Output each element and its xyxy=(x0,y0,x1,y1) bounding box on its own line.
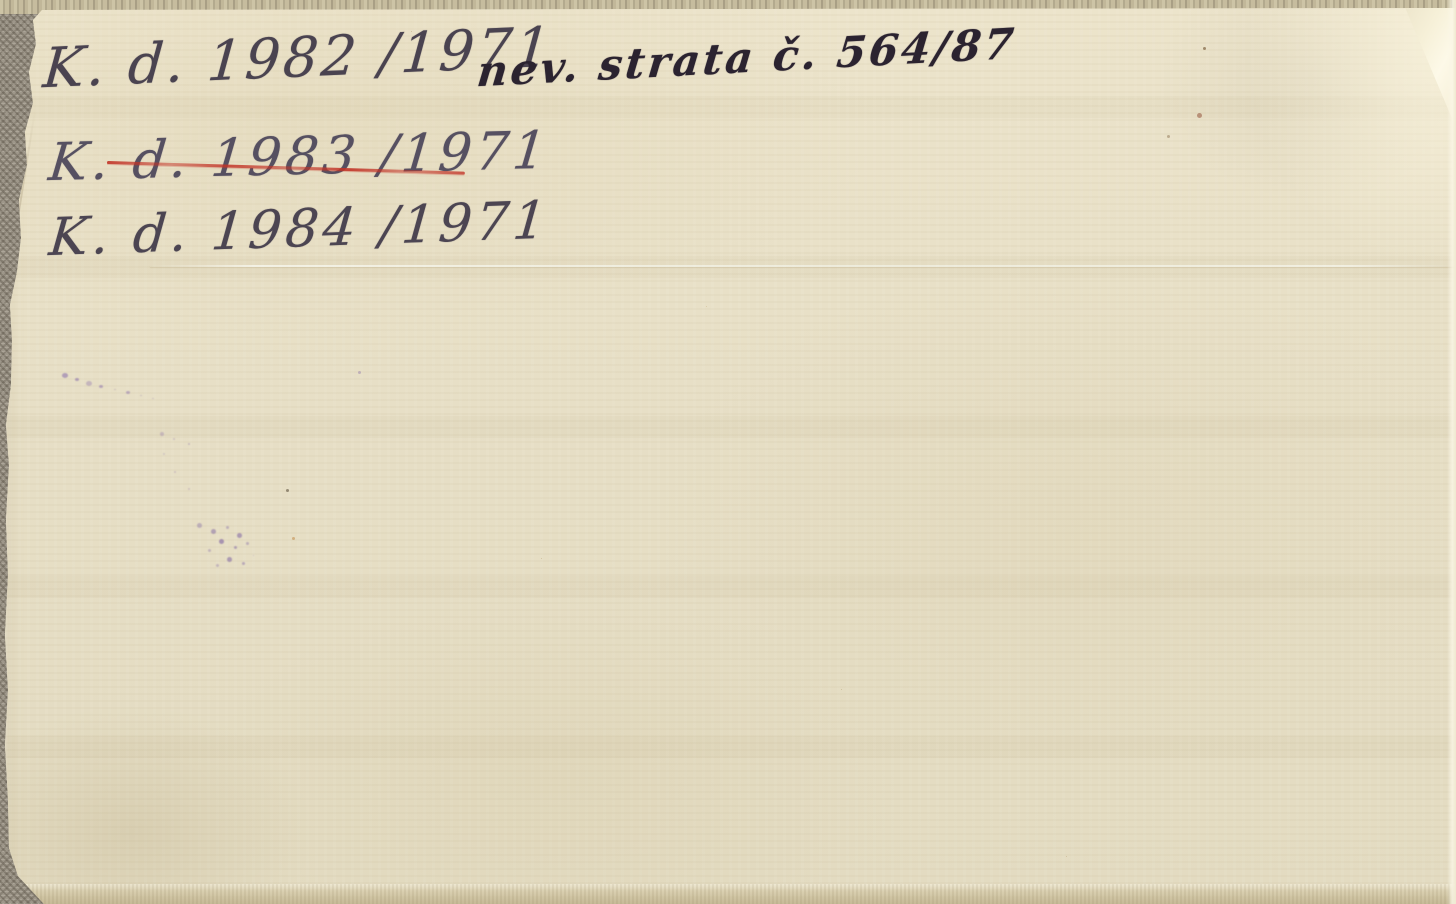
index-card: K. d. 1982 /1971 nev. strata č. 564/87 K… xyxy=(0,0,1456,904)
card-bottom-edge-shadow xyxy=(0,884,1456,904)
handwritten-entry-2-number: K. d. 1983 /1971 xyxy=(46,121,553,193)
ink-smudge-streak xyxy=(62,373,68,378)
ink-smudge-cluster xyxy=(197,523,202,528)
handwritten-entry-1-annotation: nev. strata č. 564/87 xyxy=(475,19,1019,97)
horizontal-crease xyxy=(150,265,1456,267)
scan-background: K. d. 1982 /1971 nev. strata č. 564/87 K… xyxy=(0,0,1456,904)
ink-smudge-dot xyxy=(358,371,361,374)
ink-smudge-faint xyxy=(160,432,164,436)
handwritten-entry-3-number: K. d. 1984 /1971 xyxy=(47,191,553,269)
right-edge-highlight xyxy=(1447,0,1456,904)
